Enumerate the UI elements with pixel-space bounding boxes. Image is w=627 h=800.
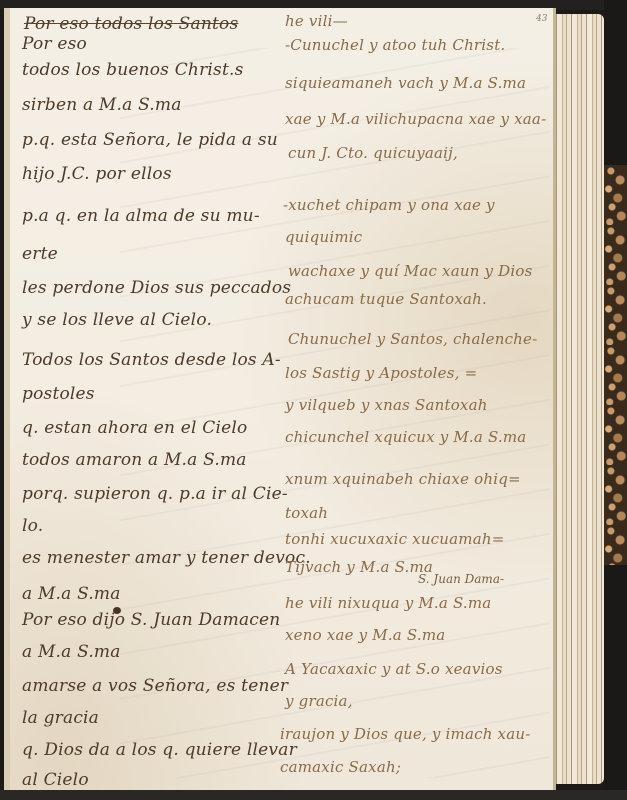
manuscript-line: porq. supieron q. p.a ir al Cie- — [22, 484, 288, 504]
struck-header-line: Por eso todos los Santos — [24, 14, 238, 34]
manuscript-line: Por eso dijo S. Juan Damacen — [22, 610, 280, 630]
manuscript-line: sirben a M.a S.ma — [22, 95, 182, 115]
manuscript-line: xae y M.a vilichupacna xae y xaa- — [285, 110, 546, 128]
manuscript-line: p.q. esta Señora, le pida a su — [22, 130, 278, 150]
manuscript-line: cun J. Cto. quicuyaaij, — [288, 144, 458, 162]
marbled-endpaper — [604, 165, 627, 565]
manuscript-line: q. Dios da a los q. quiere llevar — [22, 740, 297, 760]
manuscript-line: Chunuchel y Santos, chalenche- — [288, 330, 537, 348]
manuscript-line: erte — [22, 244, 58, 264]
manuscript-line: achucam tuque Santoxah. — [285, 290, 487, 308]
manuscript-line: camaxic Saxah; — [280, 758, 401, 776]
manuscript-line: quiquimic — [285, 228, 362, 246]
manuscript-line: a M.a S.ma — [22, 584, 121, 604]
manuscript-line: la gracia — [22, 708, 99, 728]
manuscript-line: Por eso — [22, 34, 87, 54]
manuscript-line: les perdone Dios sus peccados — [22, 278, 291, 298]
manuscript-line: a M.a S.ma — [22, 642, 121, 662]
manuscript-line: -Cunuchel y atoo tuh Christ. — [285, 36, 505, 54]
interlinear-insertion: S. Juan Dama- — [418, 572, 504, 586]
scanned-manuscript-page: 43 Por eso todos los Santos Por esotodos… — [0, 0, 627, 800]
manuscript-line: al Cielo — [22, 770, 89, 790]
manuscript-line: siquieamaneh vach y M.a S.ma — [285, 74, 526, 92]
manuscript-line: xeno xae y M.a S.ma — [285, 626, 445, 644]
manuscript-line: wachaxe y quí Mac xaun y Dios — [288, 262, 533, 280]
manuscript-line: hijo J.C. por ellos — [22, 164, 172, 184]
manuscript-line: p.a q. en la alma de su mu- — [22, 206, 260, 226]
manuscript-line: he vili nixuqua y M.a S.ma — [285, 594, 491, 612]
manuscript-line: A Yacaxaxic y at S.o xeavios — [285, 660, 503, 678]
manuscript-line: toxah — [285, 504, 328, 522]
manuscript-line: amarse a vos Señora, es tener — [22, 676, 288, 696]
manuscript-line: es menester amar y tener devoc. — [22, 548, 311, 568]
page-block-edges — [548, 14, 604, 784]
manuscript-line: -xuchet chipam y ona xae y — [283, 196, 495, 214]
manuscript-line: los Sastig y Apostoles, = — [285, 364, 477, 382]
manuscript-line: he vili— — [285, 12, 348, 30]
manuscript-line: lo. — [22, 516, 43, 536]
manuscript-line: postoles — [22, 384, 95, 404]
manuscript-line: chicunchel xquicux y M.a S.ma — [285, 428, 526, 446]
manuscript-line: iraujon y Dios que, y imach xau- — [280, 725, 531, 743]
manuscript-line: y vilqueb y xnas Santoxah — [285, 396, 488, 414]
manuscript-line: xnum xquinabeh chiaxe ohiq= — [285, 470, 521, 488]
manuscript-line: Todos los Santos desde los A- — [22, 350, 281, 370]
manuscript-line: Tijvach y M.a S.ma — [285, 558, 433, 576]
book-cover-bottom-edge — [0, 790, 627, 800]
manuscript-line: q. estan ahora en el Cielo — [22, 418, 247, 438]
manuscript-line: y se los lleve al Cielo. — [22, 310, 212, 330]
manuscript-line: y gracia, — [285, 692, 353, 710]
folio-number: 43 — [536, 14, 547, 24]
manuscript-line: todos los buenos Christ.s — [22, 60, 244, 80]
ink-blot — [113, 607, 121, 614]
manuscript-line: todos amaron a M.a S.ma — [22, 450, 247, 470]
manuscript-line: tonhi xucuxaxic xucuamah= — [285, 530, 504, 548]
